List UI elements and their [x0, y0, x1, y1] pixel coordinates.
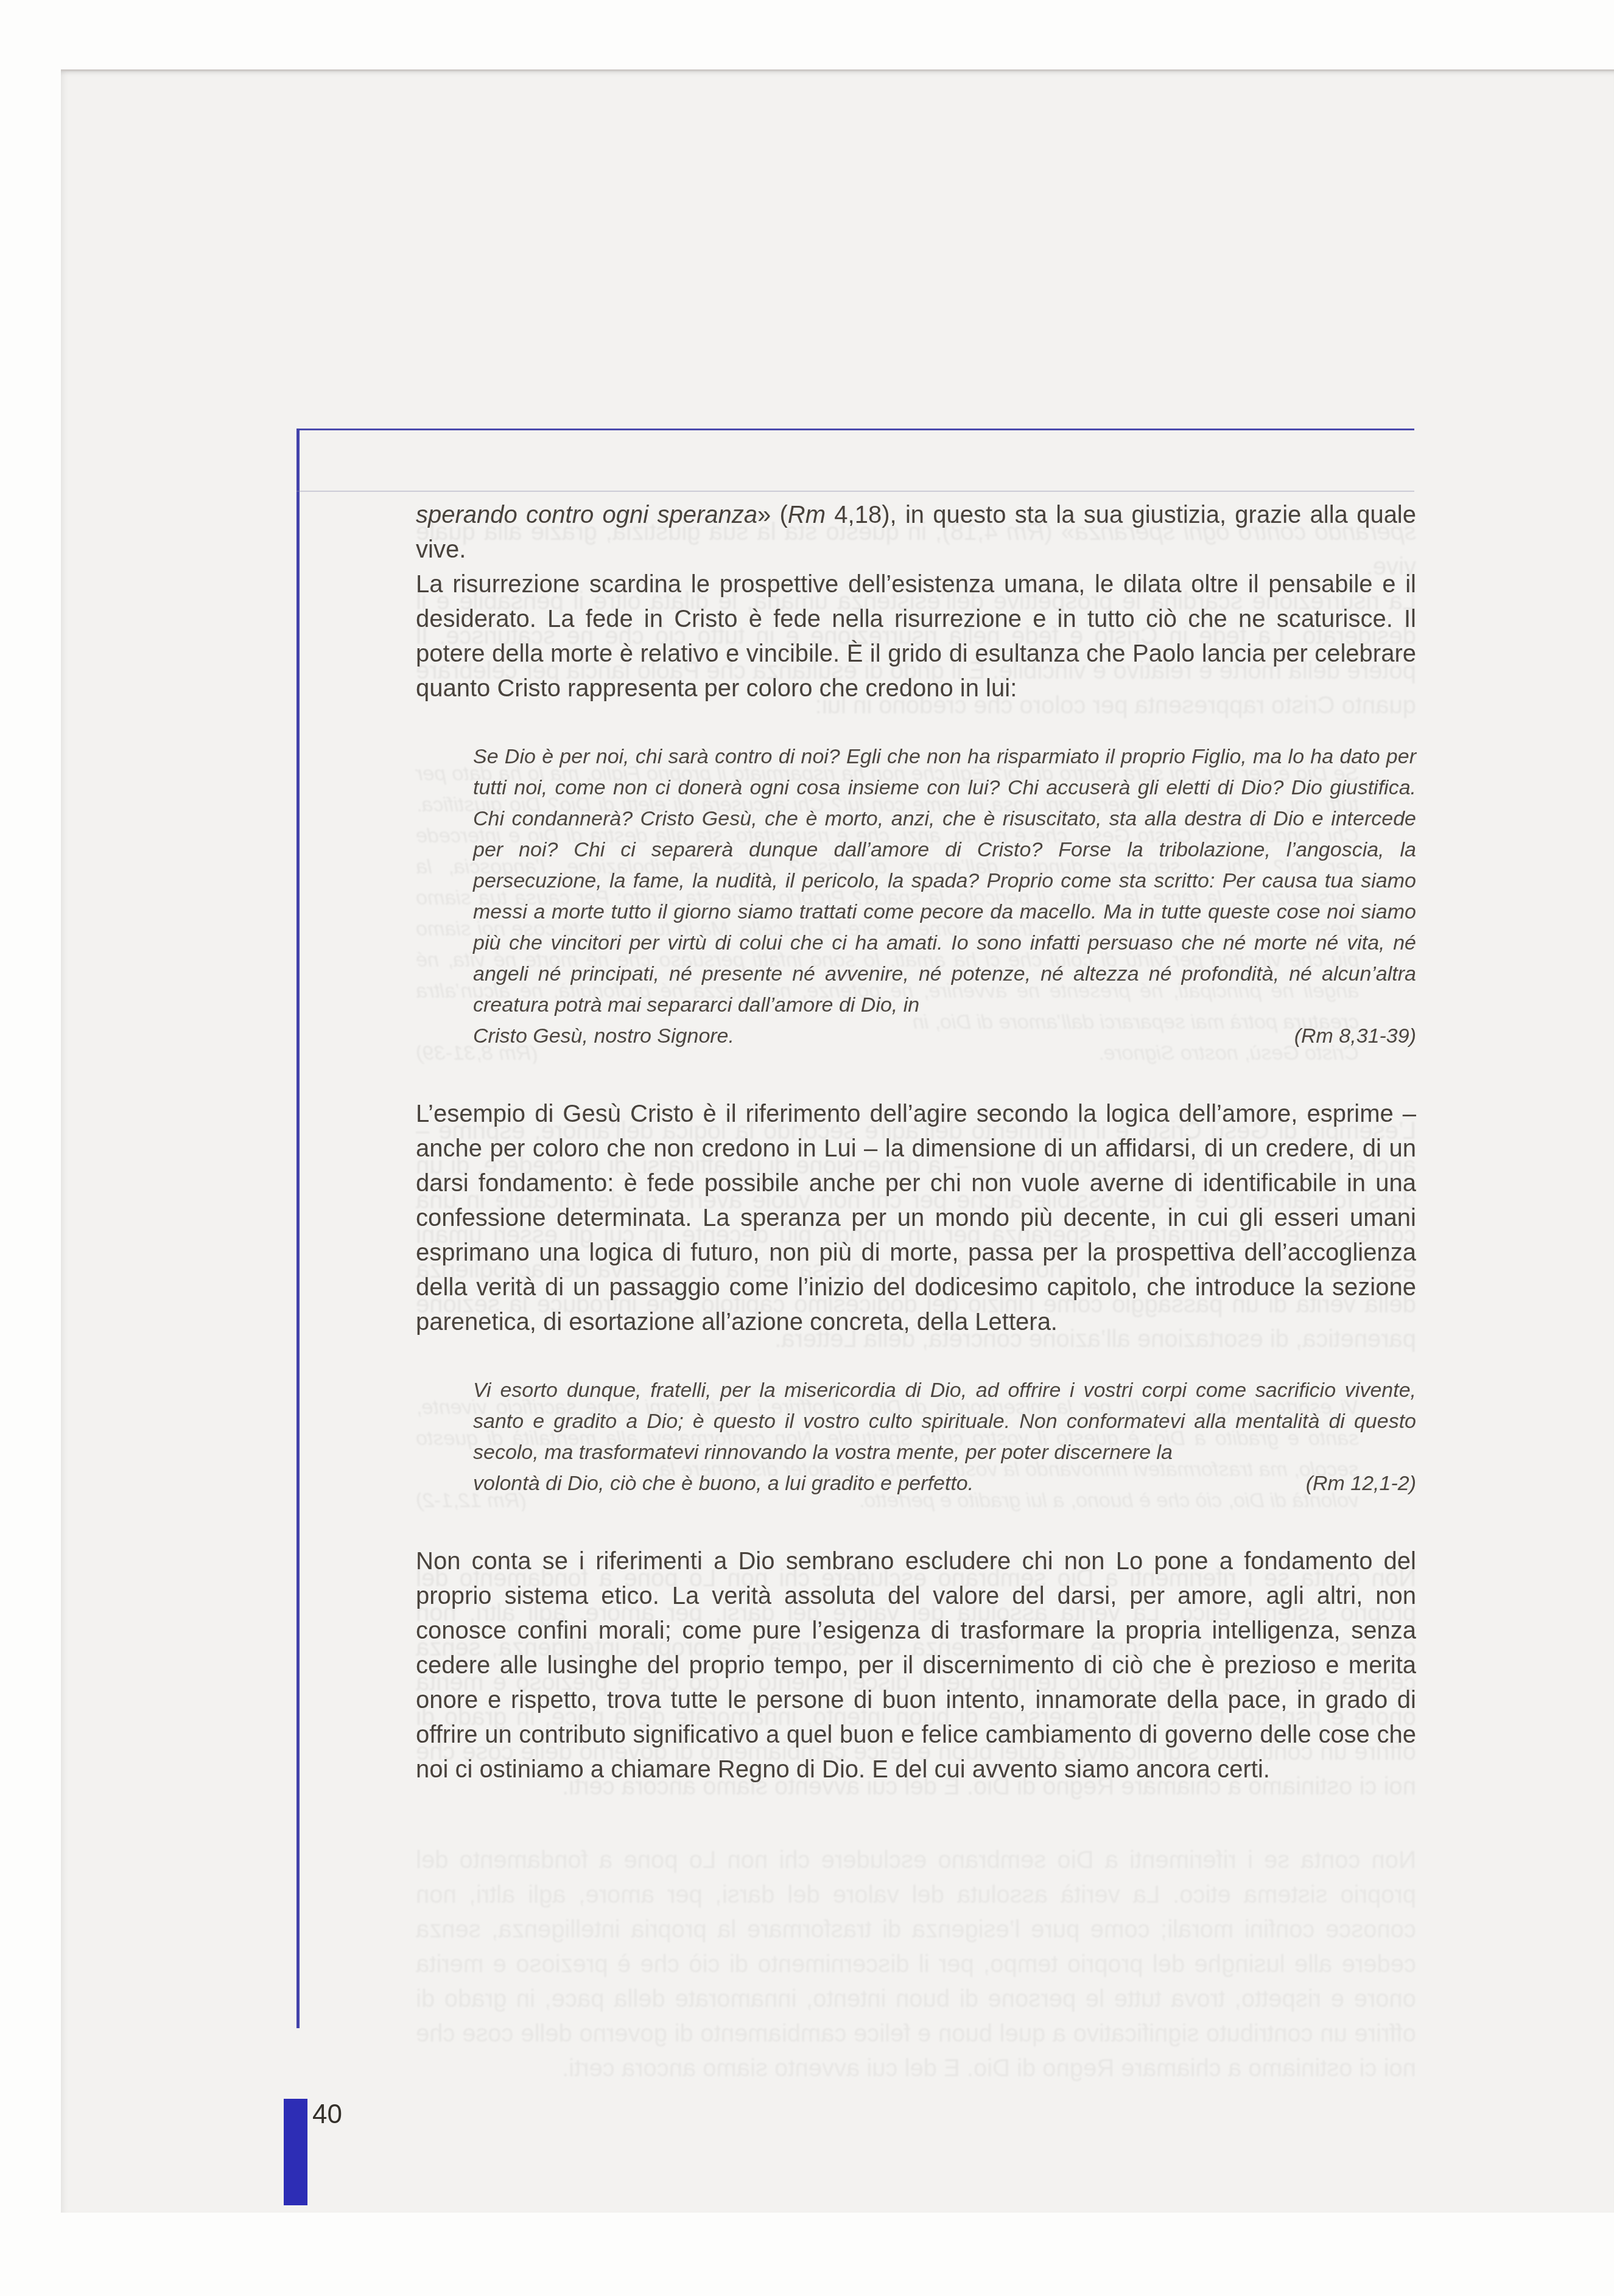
scanned-book-page: { "page": { "number": "40", "colors": { …	[0, 0, 1614, 2296]
showthrough-ghost-bottom: Non conta se i riferimenti a Dio sembran…	[416, 1843, 1416, 2086]
paragraph: L’esempio di Gesù Cristo è il riferiment…	[416, 1097, 1416, 1340]
paragraph: Non conta se i riferimenti a Dio sembran…	[416, 1544, 1416, 1787]
page-number: 40	[312, 2101, 342, 2128]
paragraph: sperando contro ogni speranza» (Rm 4,18)…	[416, 498, 1416, 567]
frame-rule-left	[296, 429, 300, 2028]
scripture-reference: (Rm 12,1-2)	[1306, 1468, 1416, 1499]
text-column: sperando contro ogni speranza» (Rm 4,18)…	[416, 498, 1416, 1787]
scripture-reference: (Rm 8,31-39)	[1294, 1021, 1416, 1052]
block-quote: Se Dio è per noi, chi sarà contro di noi…	[473, 741, 1416, 1052]
paragraph: La risurrezione scardina le prospettive …	[416, 567, 1416, 706]
frame-rule-top	[296, 429, 1414, 430]
block-quote: Vi esorto dunque, fratelli, per la miser…	[473, 1375, 1416, 1499]
page-number-bar	[284, 2099, 307, 2205]
frame-rule-showthrough	[296, 491, 1414, 492]
